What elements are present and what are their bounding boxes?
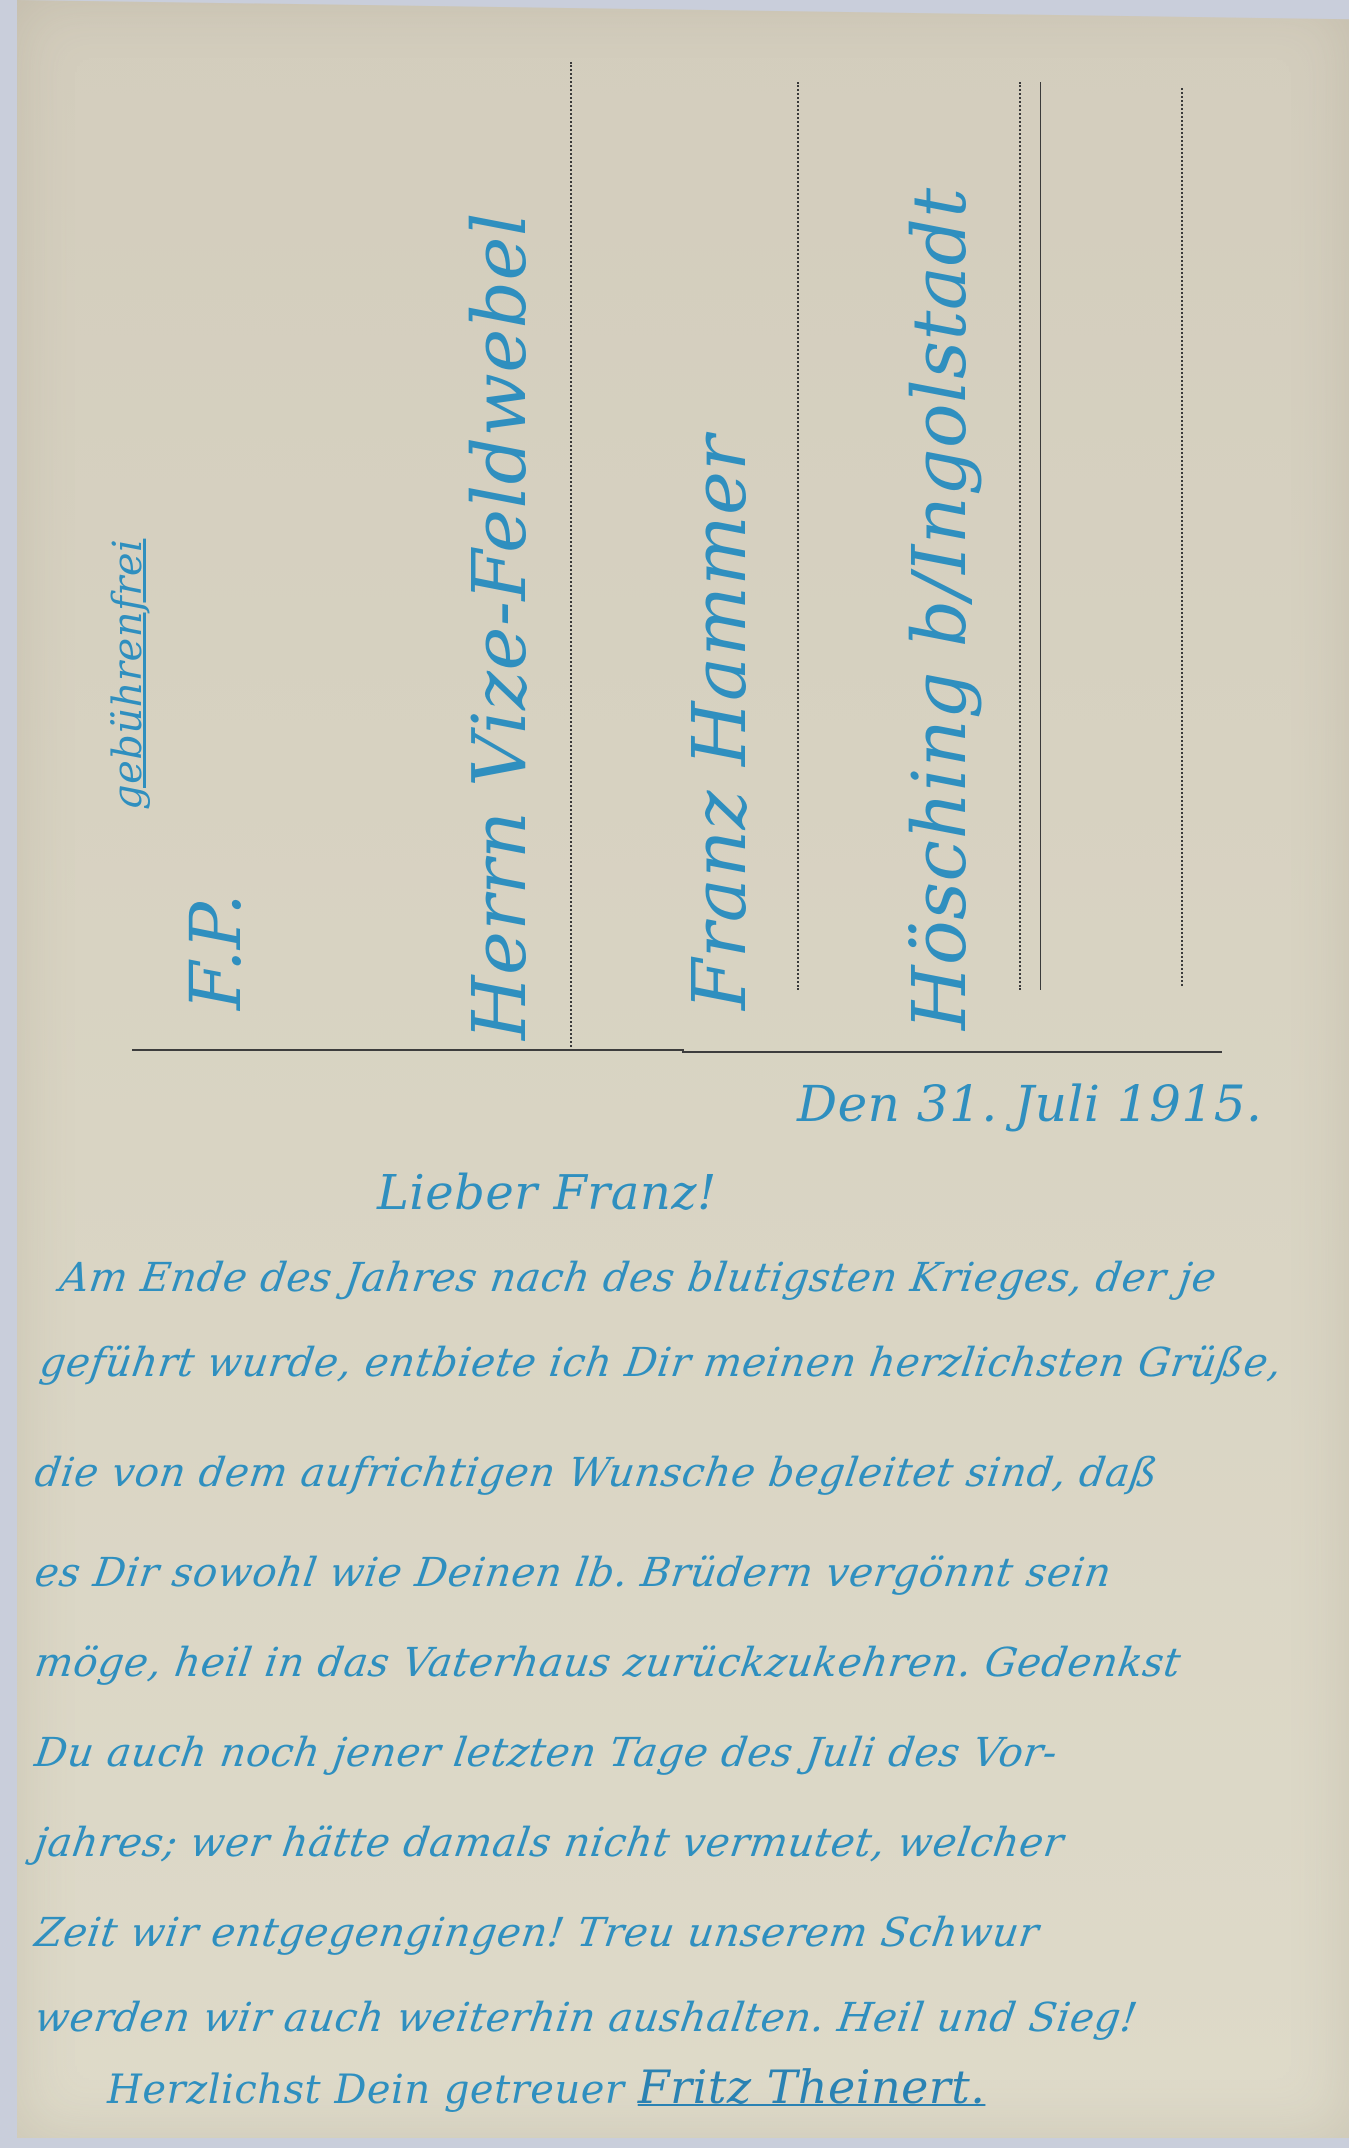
address-line-3-underline [1040,82,1041,990]
address-line-1-printed [570,62,572,1047]
postage-note: gebührenfrei [105,539,151,810]
address-divider-line [132,1049,684,1051]
letter-closing: Herzlichst Dein getreuer Fritz Theinert. [107,2060,985,2114]
letter-line: möge, heil in das Vaterhaus zurückzukehr… [32,1640,1184,1686]
address-divider-line-right [682,1051,1222,1053]
recipient-line-1: Herrn Vize-Feldwebel [457,212,543,1040]
recipient-line-2: Franz Hammer [677,435,763,1010]
address-line-4-printed [1181,88,1183,986]
address-line-2-printed [797,82,799,990]
address-line-3-printed [1019,82,1021,990]
letter-line: Du auch noch jener letzten Tage des Juli… [32,1730,1060,1776]
letter-line: es Dir sowohl wie Deinen lb. Brüdern ver… [32,1550,1114,1596]
letter-line: die von dem aufrichtigen Wunsche begleit… [32,1450,1161,1496]
letter-line: geführt wurde, entbiete ich Dir meinen h… [37,1340,1285,1386]
letter-line: Am Ende des Jahres nach des blutigsten K… [57,1255,1219,1301]
postcard: gebührenfrei F.P. Herrn Vize-Feldwebel F… [17,0,1349,2138]
letter-line: Zeit wir entgegengingen! Treu unserem Sc… [32,1910,1042,1956]
letter-date: Den 31. Juli 1915. [797,1075,1262,1133]
letter-line: werden wir auch weiterhin aushalten. Hei… [32,1995,1140,2041]
signature: Fritz Theinert. [638,2060,986,2114]
recipient-line-3: Hösching b/Ingolstadt [897,187,983,1030]
letter-line: jahres; wer hätte damals nicht vermutet,… [32,1820,1067,1866]
feldpost-mark: F.P. [175,893,257,1010]
letter-greeting: Lieber Franz! [377,1165,717,1221]
closing-phrase: Herzlichst Dein getreuer [107,2067,625,2113]
